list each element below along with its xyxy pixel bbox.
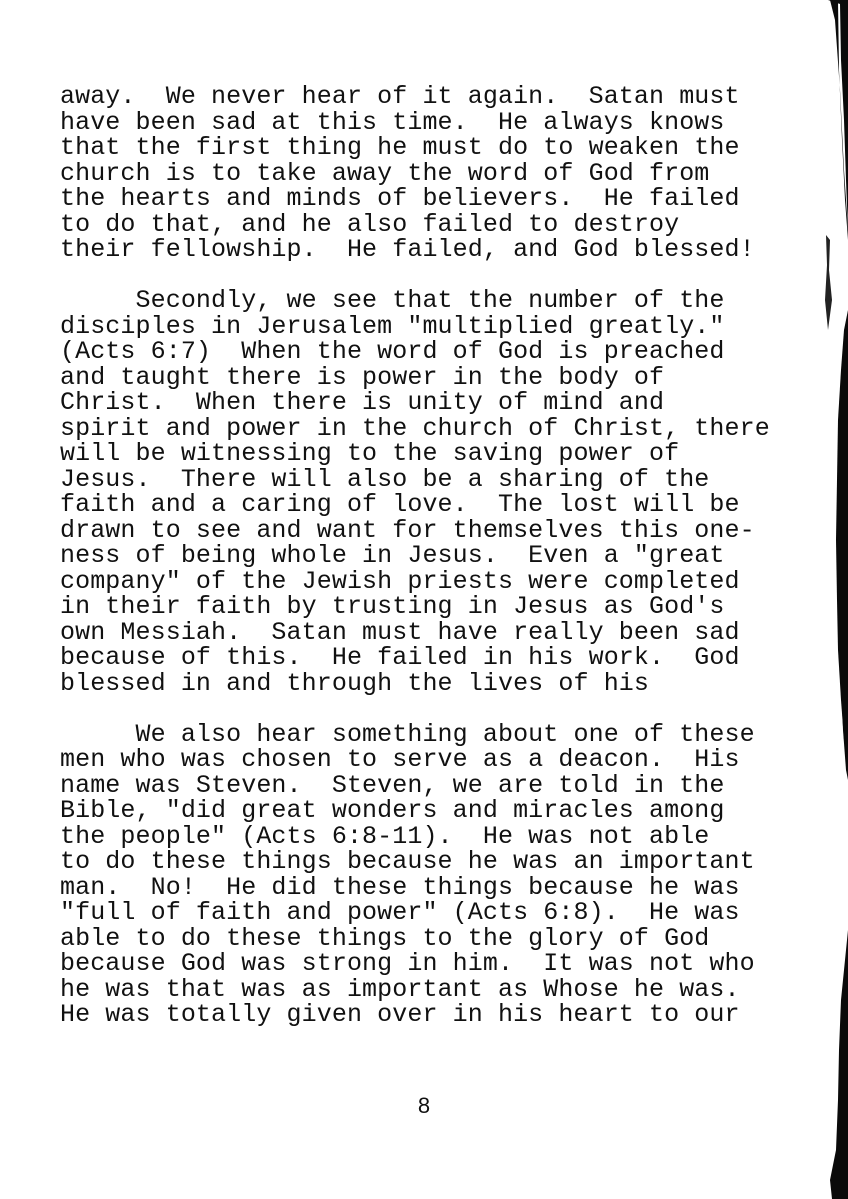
text-line: company" of the Jewish priests were comp… — [60, 569, 780, 595]
text-line: their fellowship. He failed, and God ble… — [60, 237, 780, 263]
text-line: in their faith by trusting in Jesus as G… — [60, 594, 780, 620]
text-line: able to do these things to the glory of … — [60, 926, 780, 952]
text-line: blessed in and through the lives of his — [60, 671, 780, 697]
paragraph-spacer — [60, 696, 780, 722]
scan-binding-edge — [808, 0, 848, 1199]
text-line: Jesus. There will also be a sharing of t… — [60, 467, 780, 493]
text-line: he was that was as important as Whose he… — [60, 977, 780, 1003]
text-line: Christ. When there is unity of mind and — [60, 390, 780, 416]
text-line: (Acts 6:7) When the word of God is preac… — [60, 339, 780, 365]
paragraph-2: Secondly, we see that the number of the … — [60, 288, 780, 696]
document-page: away. We never hear of it again. Satan m… — [0, 0, 848, 1199]
body-text: away. We never hear of it again. Satan m… — [60, 84, 780, 1028]
text-line: the hearts and minds of believers. He fa… — [60, 186, 780, 212]
text-line: own Messiah. Satan must have really been… — [60, 620, 780, 646]
text-line: He was totally given over in his heart t… — [60, 1002, 780, 1028]
text-line: ness of being whole in Jesus. Even a "gr… — [60, 543, 780, 569]
text-line: church is to take away the word of God f… — [60, 161, 780, 187]
text-line: to do these things because he was an imp… — [60, 849, 780, 875]
text-line: will be witnessing to the saving power o… — [60, 441, 780, 467]
text-line: "full of faith and power" (Acts 6:8). He… — [60, 900, 780, 926]
text-line: and taught there is power in the body of — [60, 365, 780, 391]
text-line: spirit and power in the church of Christ… — [60, 416, 780, 442]
paragraph-spacer — [60, 263, 780, 289]
text-line: to do that, and he also failed to destro… — [60, 212, 780, 238]
text-line: disciples in Jerusalem "multiplied great… — [60, 314, 780, 340]
text-line: Secondly, we see that the number of the — [60, 288, 780, 314]
text-line: We also hear something about one of thes… — [60, 722, 780, 748]
paragraph-3: We also hear something about one of thes… — [60, 722, 780, 1028]
text-line: name was Steven. Steven, we are told in … — [60, 773, 780, 799]
text-line: that the first thing he must do to weake… — [60, 135, 780, 161]
text-line: Bible, "did great wonders and miracles a… — [60, 798, 780, 824]
text-line: drawn to see and want for themselves thi… — [60, 518, 780, 544]
text-line: the people" (Acts 6:8-11). He was not ab… — [60, 824, 780, 850]
text-line: away. We never hear of it again. Satan m… — [60, 84, 780, 110]
text-line: because of this. He failed in his work. … — [60, 645, 780, 671]
text-line: men who was chosen to serve as a deacon.… — [60, 747, 780, 773]
text-line: faith and a caring of love. The lost wil… — [60, 492, 780, 518]
text-line: because God was strong in him. It was no… — [60, 951, 780, 977]
text-line: man. No! He did these things because he … — [60, 875, 780, 901]
paragraph-1: away. We never hear of it again. Satan m… — [60, 84, 780, 263]
text-line: have been sad at this time. He always kn… — [60, 110, 780, 136]
page-number: 8 — [0, 1093, 848, 1119]
